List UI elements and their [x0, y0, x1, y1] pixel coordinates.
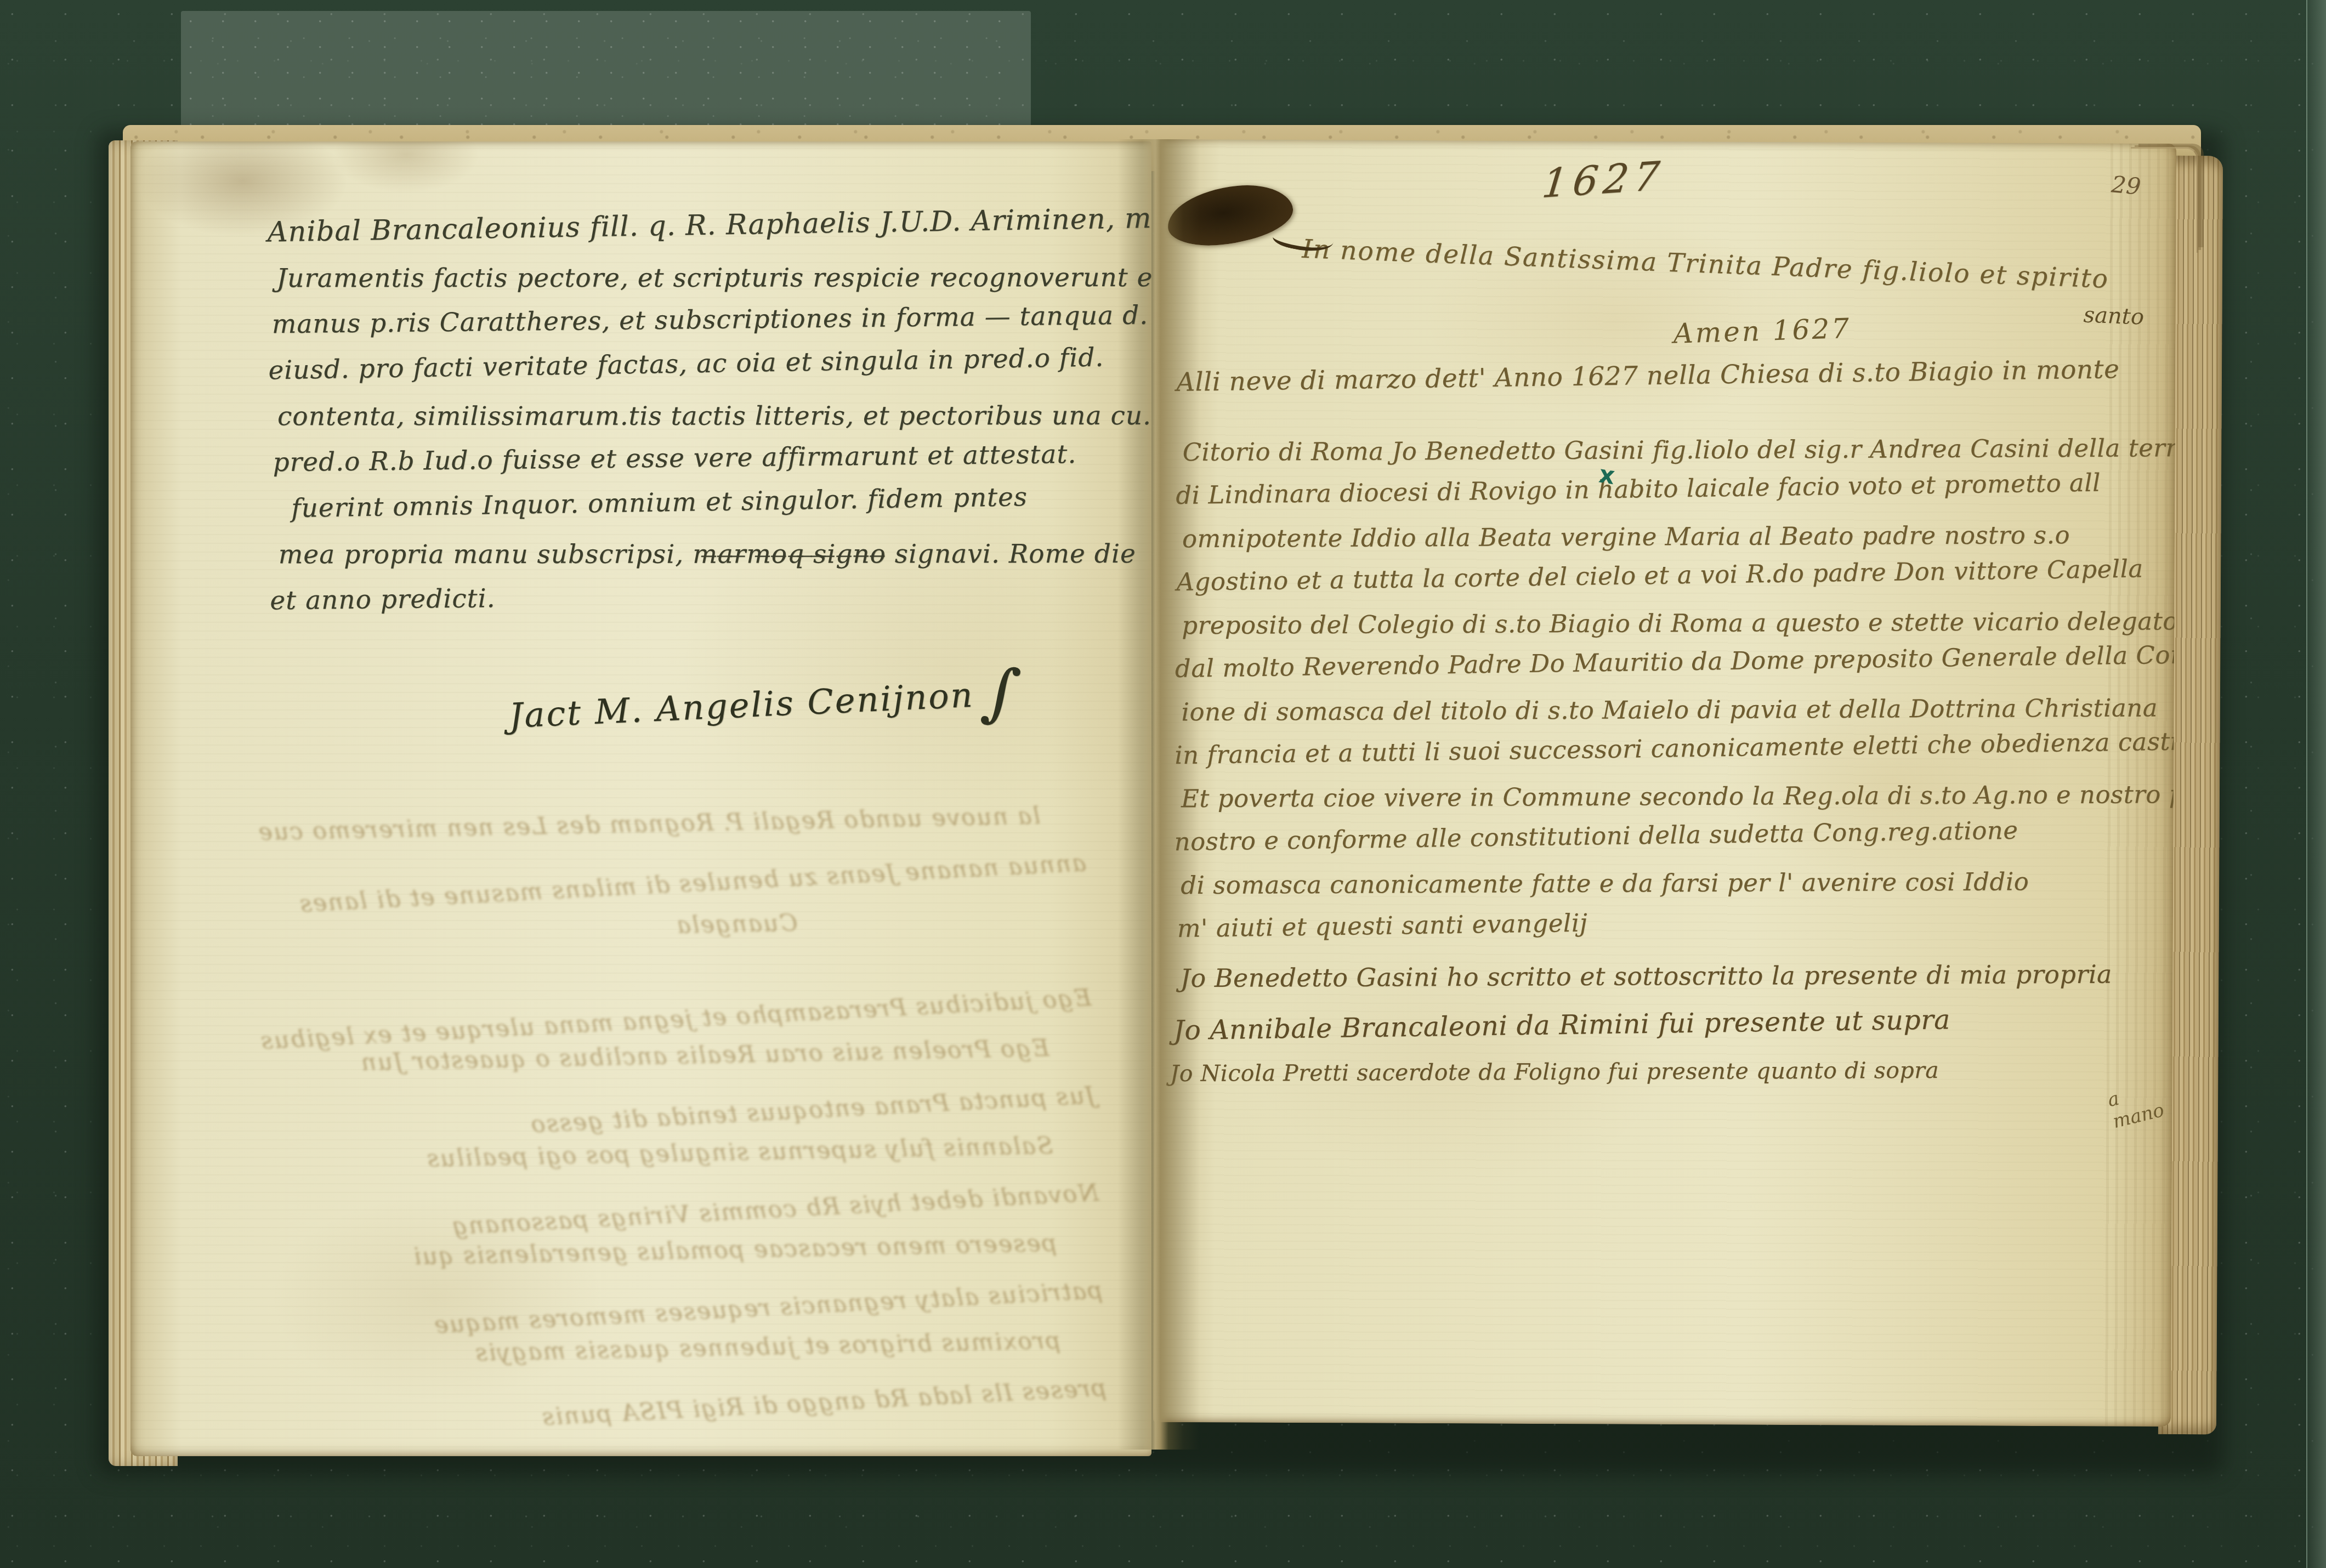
vow-text-block: Alli neve di marzo dett' Anno 1627 nella…	[1173, 361, 2177, 1100]
stacked-page-corners	[2131, 147, 2198, 253]
manuscript-scan-scene: Anibal Brancaleonius fill. q. R. Raphael…	[0, 0, 2326, 1568]
signature-paraph-flourish: ∫	[984, 690, 1020, 696]
verso-bleedthrough-block: la nuove uando Regali P. Rognam des Les …	[157, 790, 1113, 1448]
invocation-line: In nome della Santissima Trinita Padre f…	[1302, 234, 2109, 294]
manuscript-line: Jo Annibale Brancaleoni da Rimini fui pr…	[1173, 993, 2176, 1052]
year-heading: 1627	[1540, 152, 1667, 207]
invocation-wrap-word: santo	[2083, 302, 2145, 329]
amen-line: Amen 1627	[1673, 313, 1852, 350]
signature-text: Jact M. Angelis Cenijnon	[508, 675, 975, 736]
manuscript-line: Jo Nicola Pretti sacerdote da Foligno fu…	[1170, 1047, 2177, 1095]
scanner-glass-edge	[2306, 0, 2326, 1568]
left-page: Anibal Brancaleonius fill. q. R. Raphael…	[131, 141, 1151, 1456]
open-manuscript-book: Anibal Brancaleonius fill. q. R. Raphael…	[104, 125, 2220, 1479]
manuscript-line: Anibal Brancaleonius fill. q. R. Raphael…	[267, 194, 1151, 256]
manuscript-line: Alli neve di marzo dett' Anno 1627 nella…	[1176, 345, 2176, 404]
right-page: 1627 29 In nome della Santissima Trinita…	[1153, 139, 2176, 1427]
notary-signature: Jact M. Angelis Cenijnon∫	[508, 673, 1021, 736]
manuscript-line: Jo Benedetto Gasini ho scritto et sottos…	[1180, 952, 2176, 1000]
left-page-text-block: Anibal Brancaleonius fill. q. R. Raphael…	[267, 203, 1151, 624]
